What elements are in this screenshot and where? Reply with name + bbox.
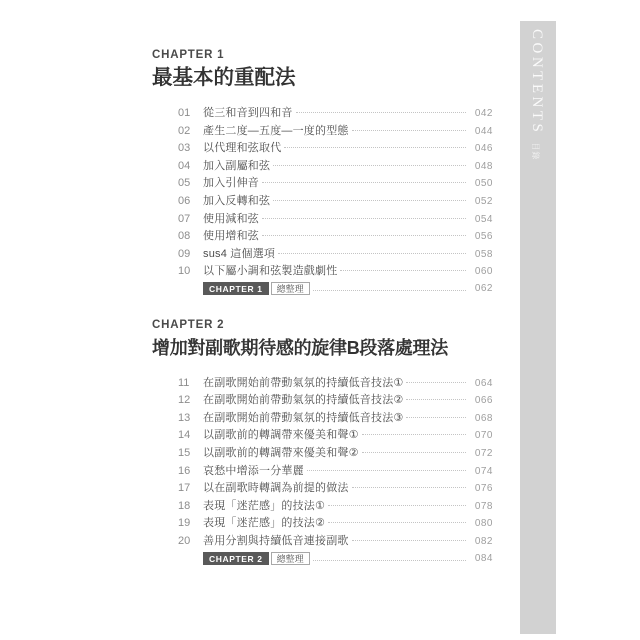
toc-entry-row: 19 表現「迷茫感」的技法② 080 — [152, 514, 493, 532]
dot-leader — [296, 112, 466, 113]
dot-leader — [313, 560, 466, 561]
dot-leader — [273, 165, 466, 166]
item-title: sus4 這個選項 — [203, 245, 275, 261]
dot-leader — [307, 470, 466, 471]
item-number: 19 — [178, 517, 203, 529]
dot-leader — [328, 505, 466, 506]
dot-leader — [284, 147, 466, 148]
dot-leader — [362, 434, 466, 435]
summary-chapter-badge: CHAPTER 1 — [203, 282, 269, 295]
dot-leader — [278, 253, 466, 254]
item-page: 076 — [469, 483, 493, 494]
chapter-label: CHAPTER 2 — [152, 318, 493, 332]
toc-entry-row: 20 善用分割與持續低音連接副歌 082 — [152, 532, 493, 550]
chapter-title: 最基本的重配法 — [152, 65, 493, 91]
toc-entry-row: 08 使用增和弦 056 — [152, 227, 493, 245]
item-page: 082 — [469, 536, 493, 547]
summary-page: 062 — [469, 283, 493, 294]
item-title: 使用增和弦 — [203, 227, 259, 243]
item-number: 20 — [178, 535, 203, 547]
dot-leader — [340, 270, 466, 271]
item-number: 18 — [178, 500, 203, 512]
dot-leader — [406, 382, 466, 383]
item-number: 16 — [178, 465, 203, 477]
item-title: 以副歌前的轉調帶來優美和聲① — [203, 426, 359, 442]
item-number: 08 — [178, 230, 203, 242]
item-page: 078 — [469, 501, 493, 512]
contents-label: CONTENTS — [529, 29, 545, 135]
item-number: 01 — [178, 107, 203, 119]
item-title: 表現「迷茫感」的技法① — [203, 497, 325, 513]
item-number: 05 — [178, 177, 203, 189]
item-title: 加入引伸音 — [203, 174, 259, 190]
item-title: 加入副屬和弦 — [203, 157, 270, 173]
toc-list: 01 從三和音到四和音 042 02 產生二度—五度—一度的型態 044 03 … — [152, 104, 493, 280]
toc-entry-row: 02 產生二度—五度—一度的型態 044 — [152, 122, 493, 140]
dot-leader — [352, 487, 466, 488]
dot-leader — [352, 130, 466, 131]
toc-entry-row: 17 以在副歌時轉調為前提的做法 076 — [152, 479, 493, 497]
item-number: 04 — [178, 160, 203, 172]
item-title: 以下屬小調和弦製造戲劇性 — [203, 262, 337, 278]
toc-entry-row: 04 加入副屬和弦 048 — [152, 157, 493, 175]
dot-leader — [352, 540, 466, 541]
toc-entry-row: 01 從三和音到四和音 042 — [152, 104, 493, 122]
dot-leader — [362, 452, 466, 453]
toc-entry-row: 14 以副歌前的轉調帶來優美和聲① 070 — [152, 426, 493, 444]
summary-chapter-badge: CHAPTER 2 — [203, 552, 269, 565]
item-page: 080 — [469, 518, 493, 529]
toc-entry-row: 10 以下屬小調和弦製造戲劇性 060 — [152, 262, 493, 280]
item-number: 12 — [178, 394, 203, 406]
toc-entry-row: 03 以代理和弦取代 046 — [152, 139, 493, 157]
item-number: 06 — [178, 195, 203, 207]
contents-side-tab: CONTENTS目錄 — [520, 21, 556, 634]
summary-label: 總整理 — [271, 282, 310, 295]
item-number: 09 — [178, 248, 203, 260]
item-page: 060 — [469, 266, 493, 277]
item-title: 哀愁中增添一分華麗 — [203, 462, 304, 478]
chapter-section: CHAPTER 1 最基本的重配法 01 從三和音到四和音 042 02 產生二… — [152, 48, 493, 298]
toc-entry-row: 06 加入反轉和弦 052 — [152, 192, 493, 210]
item-page: 050 — [469, 178, 493, 189]
item-page: 068 — [469, 413, 493, 424]
item-title: 在副歌開始前帶動氣氛的持續低音技法③ — [203, 409, 403, 425]
item-title: 以代理和弦取代 — [203, 139, 281, 155]
item-page: 070 — [469, 430, 493, 441]
dot-leader — [313, 290, 466, 291]
item-title: 表現「迷茫感」的技法② — [203, 514, 325, 530]
chapter-label: CHAPTER 1 — [152, 48, 493, 62]
toc-list: 11 在副歌開始前帶動氣氛的持續低音技法① 064 12 在副歌開始前帶動氣氛的… — [152, 374, 493, 550]
item-title: 使用減和弦 — [203, 210, 259, 226]
item-title: 在副歌開始前帶動氣氛的持續低音技法① — [203, 374, 403, 390]
toc-entry-row: 12 在副歌開始前帶動氣氛的持續低音技法② 066 — [152, 391, 493, 409]
dot-leader — [406, 399, 466, 400]
toc-entry-row: 13 在副歌開始前帶動氣氛的持續低音技法③ 068 — [152, 409, 493, 427]
toc-entry-row: 09 sus4 這個選項 058 — [152, 245, 493, 263]
item-page: 054 — [469, 214, 493, 225]
contents-vertical-label: CONTENTS目錄 — [528, 29, 545, 160]
item-page: 052 — [469, 196, 493, 207]
summary-page: 084 — [469, 553, 493, 564]
chapter-summary-row: CHAPTER 2 總整理 084 — [152, 549, 493, 567]
item-number: 15 — [178, 447, 203, 459]
item-number: 14 — [178, 429, 203, 441]
item-page: 048 — [469, 161, 493, 172]
item-page: 072 — [469, 448, 493, 459]
toc-entry-row: 07 使用減和弦 054 — [152, 210, 493, 228]
item-number: 13 — [178, 412, 203, 424]
item-page: 064 — [469, 378, 493, 389]
toc-entry-row: 05 加入引伸音 050 — [152, 174, 493, 192]
dot-leader — [262, 235, 466, 236]
toc-chapters: CHAPTER 1 最基本的重配法 01 從三和音到四和音 042 02 產生二… — [152, 48, 493, 567]
item-title: 以在副歌時轉調為前提的做法 — [203, 479, 349, 495]
item-number: 07 — [178, 213, 203, 225]
dot-leader — [262, 218, 466, 219]
dot-leader — [262, 182, 466, 183]
item-title: 加入反轉和弦 — [203, 192, 270, 208]
item-title: 善用分割與持續低音連接副歌 — [203, 532, 349, 548]
item-page: 058 — [469, 249, 493, 260]
item-number: 10 — [178, 265, 203, 277]
item-number: 02 — [178, 125, 203, 137]
item-page: 044 — [469, 126, 493, 137]
toc-entry-row: 16 哀愁中增添一分華麗 074 — [152, 462, 493, 480]
chapter-section: CHAPTER 2 增加對副歌期待感的旋律B段落處理法 11 在副歌開始前帶動氣… — [152, 318, 493, 568]
toc-entry-row: 15 以副歌前的轉調帶來優美和聲② 072 — [152, 444, 493, 462]
dot-leader — [406, 417, 466, 418]
item-title: 以副歌前的轉調帶來優美和聲② — [203, 444, 359, 460]
chapter-title: 增加對副歌期待感的旋律B段落處理法 — [152, 335, 493, 361]
item-page: 066 — [469, 395, 493, 406]
summary-label: 總整理 — [271, 552, 310, 565]
chapter-summary-row: CHAPTER 1 總整理 062 — [152, 280, 493, 298]
contents-sub-label: 目錄 — [531, 142, 540, 160]
dot-leader — [273, 200, 466, 201]
item-number: 03 — [178, 142, 203, 154]
item-title: 從三和音到四和音 — [203, 104, 293, 120]
dot-leader — [328, 522, 466, 523]
item-page: 074 — [469, 466, 493, 477]
toc-entry-row: 18 表現「迷茫感」的技法① 078 — [152, 497, 493, 515]
item-number: 11 — [178, 377, 203, 389]
item-page: 042 — [469, 108, 493, 119]
item-page: 046 — [469, 143, 493, 154]
item-title: 產生二度—五度—一度的型態 — [203, 122, 349, 138]
item-number: 17 — [178, 482, 203, 494]
item-title: 在副歌開始前帶動氣氛的持續低音技法② — [203, 391, 403, 407]
item-page: 056 — [469, 231, 493, 242]
toc-entry-row: 11 在副歌開始前帶動氣氛的持續低音技法① 064 — [152, 374, 493, 392]
